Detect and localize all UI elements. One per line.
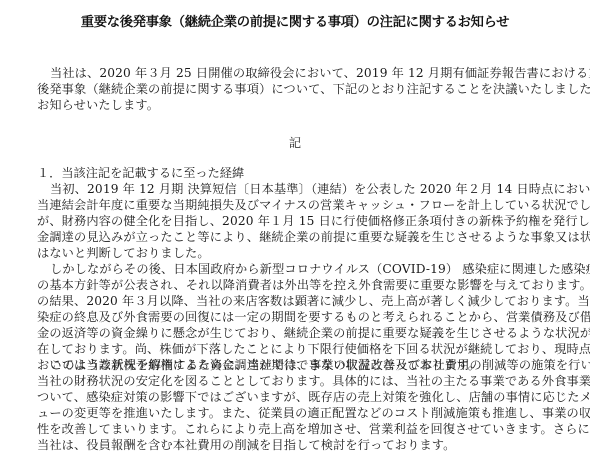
text-line: しかしながらその後、日本国政府から新型コロナウイルス（COVID-19） 感染症… bbox=[37, 261, 557, 277]
text-line: このような状況を解消するために、当社では、事業の収益改善及び本社費用の削減等の施… bbox=[37, 357, 557, 373]
text-line: はないと判断しておりました。 bbox=[37, 245, 557, 261]
intro-paragraph: 当社は、2020 年３月 25 日開催の取締役会において、2019 年 12 月… bbox=[37, 65, 557, 113]
text-line: 当社は、2020 年３月 25 日開催の取締役会において、2019 年 12 月… bbox=[37, 65, 557, 81]
document-title: 重要な後発事象（継続企業の前提に関する事項）の注記に関するお知らせ bbox=[0, 11, 590, 30]
text-line: 金調達の見込みが立ったこと等により、継続企業の前提に重要な疑義を生じさせるような… bbox=[37, 229, 557, 245]
text-line: 性を改善してまいります。これらにより売上高を増加させ、営業利益を回復させていきま… bbox=[37, 421, 557, 437]
section-heading: １．当該注記を記載するに至った経緯 bbox=[37, 164, 244, 181]
text-line: の結果、2020 年３月以降、当社の来店客数は顕著に減少し、売上高が著しく減少し… bbox=[37, 293, 557, 309]
section1-paragraph-3: このような状況を解消するために、当社では、事業の収益改善及び本社費用の削減等の施… bbox=[37, 357, 557, 451]
text-line: の基本方針等が公表され、それ以降消費者は外出等を控え外食需要に重要な影響を与えて… bbox=[37, 277, 557, 293]
text-line: 後発事象（継続企業の前提に関する事項）について、下記のとおり注記することを決議い… bbox=[37, 81, 557, 97]
document-page: 重要な後発事象（継続企業の前提に関する事項）の注記に関するお知らせ 当社は、20… bbox=[0, 0, 590, 451]
text-line: 染症の終息及び外食需要の回復には一定の期間を要するものと考えられることから、営業… bbox=[37, 309, 557, 325]
text-line: お知らせいたします。 bbox=[37, 97, 557, 113]
text-line: ついて、感染症対策の影響下ではございますが、既存店の売上対策を強化し、店舗の事情… bbox=[37, 389, 557, 405]
section1-paragraph-1: 当初、2019 年 12 月期 決算短信〔日本基準〕（連結）を公表した 2020… bbox=[37, 181, 557, 261]
text-line: 当社は、役員報酬を含む本社費用の削減を目指して検討を行っております。 bbox=[37, 437, 557, 451]
text-line: 当初、2019 年 12 月期 決算短信〔日本基準〕（連結）を公表した 2020… bbox=[37, 181, 557, 197]
text-line: 在しております。尚、株価が下落したことにより下限行使価格を下回る状況が継続してお… bbox=[37, 341, 557, 357]
text-line: 当連結会計年度に重要な当期純損失及びマイナスの営業キャッシュ・フローを計上してい… bbox=[37, 197, 557, 213]
text-line: 当社の財務状況の安定化を図ることとしております。具体的には、当社の主たる事業であ… bbox=[37, 373, 557, 389]
text-line: ューの変更等を推進いたします。また、従業員の適正配置などのコスト削減施策も推進し… bbox=[37, 405, 557, 421]
text-line: 金の返済等の資金繰りに懸念が生じており、継続企業の前提に重要な疑義を生じさせるよ… bbox=[37, 325, 557, 341]
text-line: が、財務内容の健全化を目指し、2020 年１月 15 日に行使価格修正条項付きの… bbox=[37, 213, 557, 229]
ki-label: 記 bbox=[0, 134, 590, 151]
